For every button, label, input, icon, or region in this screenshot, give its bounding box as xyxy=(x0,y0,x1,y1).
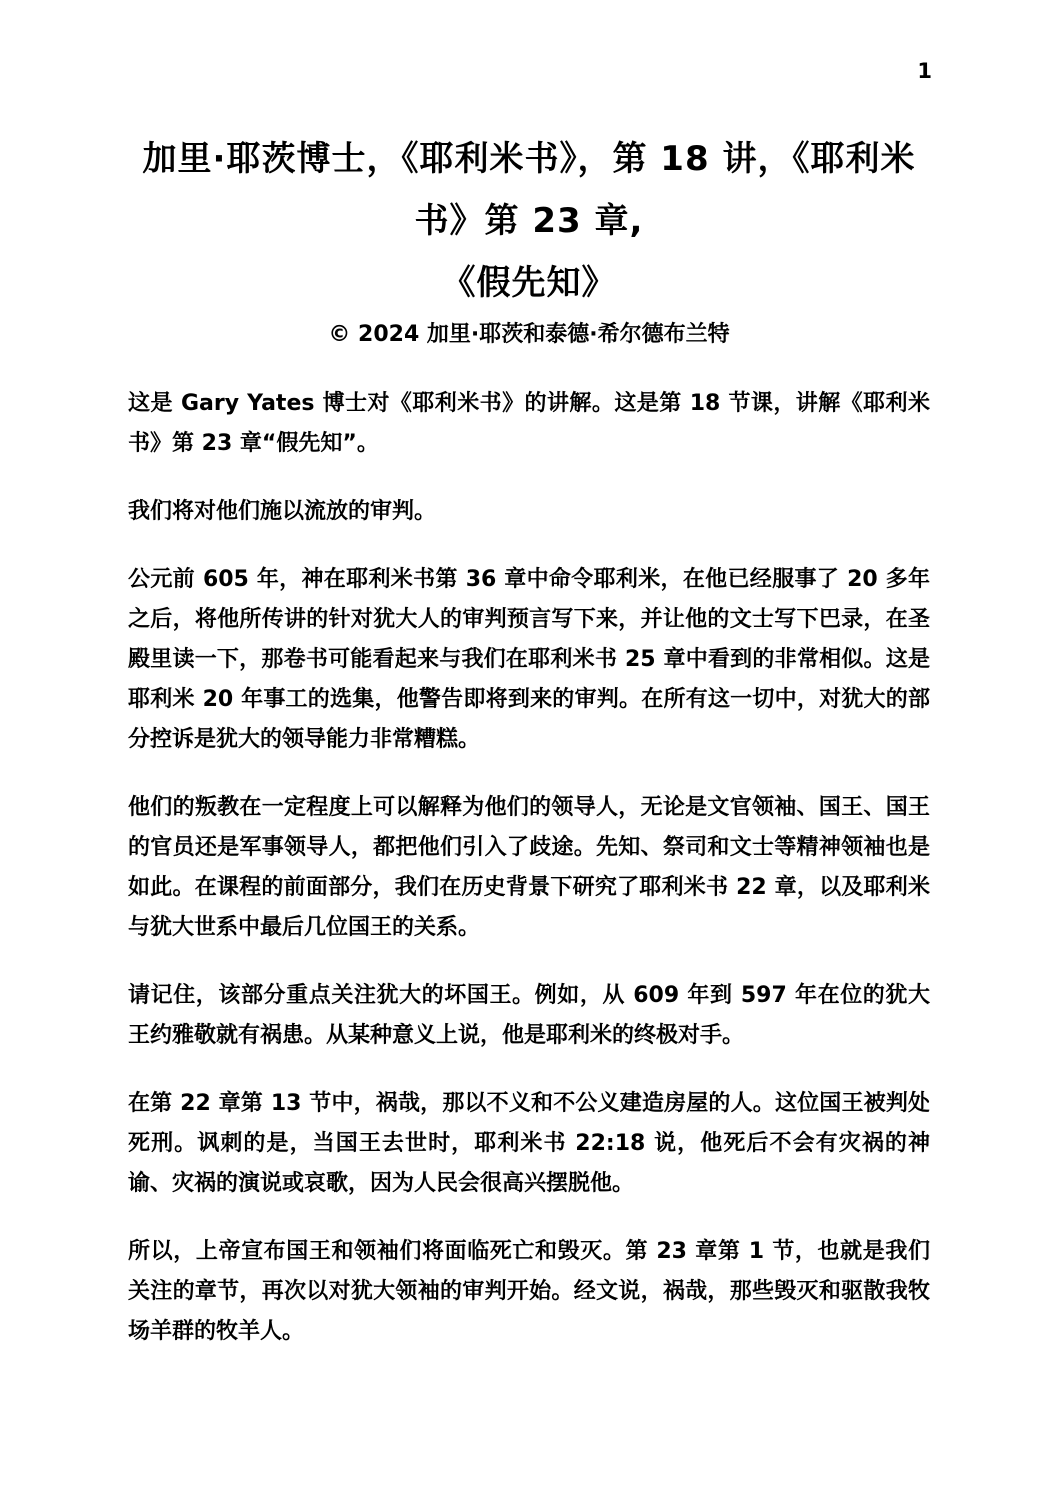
body-paragraph: 请记住，该部分重点关注犹大的坏国王。例如，从 609 年到 597 年在位的犹大… xyxy=(128,976,930,1056)
body-paragraph: 所以，上帝宣布国王和领袖们将面临死亡和毁灭。第 23 章第 1 节，也就是我们关… xyxy=(128,1232,930,1352)
title-subtitle: 《假先知》 xyxy=(128,252,930,314)
body-paragraph: 这是 Gary Yates 博士对《耶利米书》的讲解。这是第 18 节课，讲解《… xyxy=(128,384,930,464)
body-paragraph: 他们的叛教在一定程度上可以解释为他们的领导人，无论是文官领袖、国王、国王的官员还… xyxy=(128,788,930,948)
body-paragraph: 公元前 605 年，神在耶利米书第 36 章中命令耶利米，在他已经服事了 20 … xyxy=(128,560,930,760)
body-paragraph: 在第 22 章第 13 节中，祸哉，那以不义和不公义建造房屋的人。这位国王被判处… xyxy=(128,1084,930,1204)
title-main: 加里·耶茨博士，《耶利米书》，第 18 讲，《耶利米书》第 23 章, xyxy=(128,128,930,252)
document-title: 加里·耶茨博士，《耶利米书》，第 18 讲，《耶利米书》第 23 章, 《假先知… xyxy=(128,128,930,314)
body-paragraph: 我们将对他们施以流放的审判。 xyxy=(128,492,930,532)
copyright-line: © 2024 加里·耶茨和泰德·希尔德布兰特 xyxy=(128,320,930,350)
document-page: 1 加里·耶茨博士，《耶利米书》，第 18 讲，《耶利米书》第 23 章, 《假… xyxy=(0,0,1058,1497)
page-number: 1 xyxy=(917,58,932,84)
